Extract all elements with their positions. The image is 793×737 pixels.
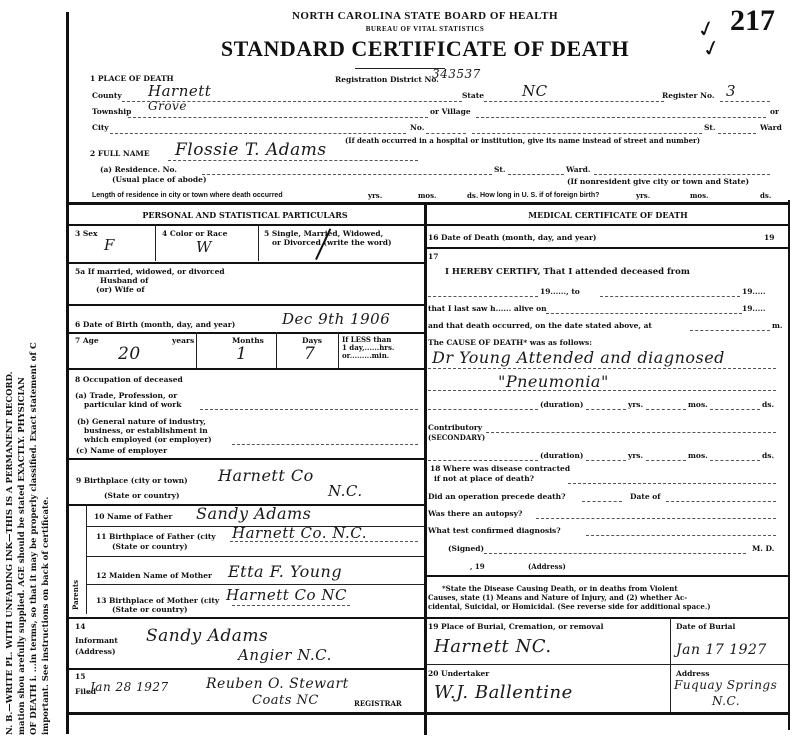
foreign-ds: ds. (760, 192, 771, 200)
informant-label: Informant (75, 637, 118, 646)
residence-ward-label: Ward. (566, 166, 590, 175)
signed-date-19: , 19 (470, 563, 485, 571)
city-label: City (92, 124, 109, 133)
st-label: St. (704, 124, 716, 133)
length-yrs: yrs. (368, 192, 382, 200)
no-label: No. (410, 124, 424, 133)
marital-label-2: or Divorced (write the word) (272, 239, 392, 248)
attended-from-19: 19......, to (540, 288, 580, 297)
father-label: 10 Name of Father (94, 513, 172, 522)
mother-birthplace-sub: (State or country) (112, 606, 188, 615)
autopsy-label: Was there an autopsy? (428, 510, 522, 519)
burial-place-value[interactable]: Harnett NC. (434, 636, 552, 657)
attended-to-19: 19..... (742, 288, 766, 297)
footnote-line-3: cidental, Suicidal, or Homicidal. (See r… (428, 603, 711, 611)
column-divider (424, 205, 427, 735)
age-years-value[interactable]: 20 (118, 344, 141, 364)
age-months-value[interactable]: 1 (236, 344, 247, 364)
residence-st-label: St. (494, 166, 506, 175)
duration-ds: ds. (762, 401, 774, 410)
ward-label: Ward (760, 124, 782, 133)
hospital-note: (If death occurred in a hospital or inst… (345, 137, 700, 145)
death-occurred-m: m. (772, 322, 783, 331)
registrar-place[interactable]: Coats NC (252, 693, 319, 708)
undertaker-address-value-2[interactable]: N.C. (712, 694, 740, 708)
sex-value[interactable]: F (104, 236, 115, 254)
township-label: Township (92, 108, 131, 117)
date-of-death-19: 19 (764, 234, 774, 243)
birthplace-value-1[interactable]: Harnett Co (218, 466, 314, 485)
foreign-mos: mos. (690, 192, 708, 200)
footnote-line-2: Causes, state (1) Means and Nature of In… (428, 594, 687, 602)
foreign-yrs: yrs. (636, 192, 650, 200)
undertaker-value[interactable]: W.J. Ballentine (434, 682, 573, 703)
contributory-sub: (SECONDARY) (428, 434, 485, 442)
page-number: 217 (730, 4, 775, 38)
occupation-label: 8 Occupation of deceased (75, 376, 183, 385)
check-marks-icon: ✓✓ (695, 18, 723, 61)
age-label: 7 Age (75, 337, 99, 346)
length-of-residence-label: Length of residence in city or town wher… (92, 192, 283, 200)
county-value[interactable]: Harnett (148, 82, 211, 100)
occupation-c: (c) Name of employer (76, 447, 167, 456)
informant-sub: (Address) (75, 648, 116, 657)
registrar-value[interactable]: Reuben O. Stewart (206, 676, 349, 692)
side-note-line4: important. See instructions on back of c… (42, 497, 52, 735)
duration2-label: (duration) (540, 452, 583, 461)
age-days-value[interactable]: 7 (304, 344, 315, 364)
last-saw-19: 19..... (742, 305, 766, 314)
medical-heading: MEDICAL CERTIFICATE OF DEATH (428, 211, 788, 220)
contributory-label: Contributory (428, 424, 482, 433)
undertaker-address-value-1[interactable]: Fuquay Springs (674, 678, 777, 692)
length-ds: ds. (467, 192, 478, 200)
occupation-a-2: particular kind of work (84, 401, 181, 410)
spouse-label-1: 5a If married, widowed, or divorced (75, 268, 225, 277)
burial-date-label: Date of Burial (676, 623, 735, 632)
or-label: or (770, 108, 779, 117)
full-name-value[interactable]: Flossie T. Adams (175, 140, 327, 160)
township-value[interactable]: Grove (148, 99, 187, 113)
birthplace-sub: (State or country) (104, 492, 180, 501)
father-birthplace-label: 11 Birthplace of Father (city (96, 533, 216, 542)
village-label: or Village (430, 108, 471, 117)
signed-label: (Signed) (448, 545, 484, 554)
cause-of-death-value-1[interactable]: Dr Young Attended and diagnosed (432, 348, 725, 367)
residence-label: (a) Residence. No. (100, 166, 177, 175)
registration-value[interactable]: 343537 (432, 67, 481, 81)
state-value[interactable]: NC (522, 82, 548, 100)
duration2-yrs: yrs. (628, 452, 643, 461)
operation-date-label: Date of (630, 493, 660, 502)
cause-of-death-value-2[interactable]: "Pneumonia" (498, 372, 609, 391)
father-birthplace-value[interactable]: Harnett Co. N.C. (232, 524, 367, 542)
right-border (788, 200, 790, 730)
registration-label: Registration District No. (335, 76, 439, 85)
parents-side-label: Parents (72, 580, 80, 610)
color-label: 4 Color or Race (162, 230, 227, 239)
register-value[interactable]: 3 (726, 82, 736, 100)
nonresident-note: (If nonresident give city or town and St… (567, 178, 749, 187)
mother-label: 12 Maiden Name of Mother (96, 572, 212, 581)
county-label: County (92, 92, 122, 101)
filed-date-value[interactable]: Jan 28 1927 (90, 680, 169, 694)
spouse-label-3: (or) Wife of (96, 286, 145, 295)
side-note-line1: N. B.—WRITE PL. WITH UNFADING INK—THIS I… (6, 371, 16, 735)
informant-address[interactable]: Angier N.C. (238, 646, 332, 664)
death-occurred-label: and that death occurred, on the date sta… (428, 322, 652, 331)
burial-place-label: 19 Place of Burial, Cremation, or remova… (428, 623, 603, 632)
years-label: years (172, 337, 194, 346)
occupation-b-3: which employed (or employer) (84, 436, 212, 445)
registrar-label: REGISTRAR (354, 700, 402, 708)
bureau-title: BUREAU OF VITAL STATISTICS (200, 25, 650, 33)
operation-label: Did an operation precede death? (428, 493, 565, 502)
sex-label: 3 Sex (75, 230, 98, 239)
length-mos: mos. (418, 192, 436, 200)
undertaker-label: 20 Undertaker (428, 670, 489, 679)
where-contracted-label-1: 18 Where was disease contracted (430, 465, 570, 474)
filed-number: 15 (75, 673, 85, 682)
father-birthplace-sub: (State or country) (112, 543, 188, 552)
date-of-death-label: 16 Date of Death (month, day, and year) (428, 234, 596, 243)
duration-yrs: yrs. (628, 401, 643, 410)
section-divider (66, 202, 790, 205)
where-contracted-label-2: if not at place of death? (434, 475, 534, 484)
duration2-mos: mos. (688, 452, 708, 461)
informant-value[interactable]: Sandy Adams (146, 626, 268, 646)
duration2-ds: ds. (762, 452, 774, 461)
mother-birthplace-value[interactable]: Harnett Co NC (226, 586, 347, 604)
last-saw-label: that I last saw h...... alive on (428, 305, 547, 314)
state-label: State (462, 92, 484, 101)
certify-statement: I HEREBY CERTIFY, That I attended deceas… (445, 268, 690, 278)
mother-value[interactable]: Etta F. Young (228, 562, 342, 581)
duration-mos: mos. (688, 401, 708, 410)
side-note-line3: OF DEATH i. ...in terms, so that it may … (30, 342, 40, 735)
color-value[interactable]: W (196, 238, 212, 256)
left-border (66, 12, 69, 734)
informant-number: 14 (75, 623, 85, 632)
birthplace-value-2[interactable]: N.C. (328, 482, 363, 500)
md-label: M. D. (752, 545, 774, 554)
full-name-label: 2 FULL NAME (90, 150, 150, 159)
test-confirmed-label: What test confirmed diagnosis? (428, 527, 561, 536)
less-than-label-3: or.........min. (342, 352, 389, 360)
dob-value[interactable]: Dec 9th 1906 (282, 310, 390, 328)
agency-title: NORTH CAROLINA STATE BOARD OF HEALTH (200, 10, 650, 22)
foreign-birth-label: How long in U. S. if of foreign birth? (480, 192, 599, 200)
father-value[interactable]: Sandy Adams (196, 504, 311, 523)
page-title: STANDARD CERTIFICATE OF DEATH (200, 36, 650, 62)
bottom-border (66, 712, 788, 715)
cause-of-death-label: The CAUSE OF DEATH* was as follows: (428, 339, 592, 348)
duration-label: (duration) (540, 401, 583, 410)
residence-sub: (Usual place of abode) (112, 176, 207, 185)
burial-date-value[interactable]: Jan 17 1927 (676, 642, 767, 658)
personal-heading: PERSONAL AND STATISTICAL PARTICULARS (70, 211, 420, 220)
footnote-line-1: *State the Disease Causing Death, or in … (442, 585, 678, 593)
signed-address-label: (Address) (528, 563, 566, 571)
side-note-line2: mation shou arefully supplied. AGE shoul… (18, 377, 28, 735)
register-label: Register No. (662, 92, 714, 101)
dob-label: 6 Date of Birth (month, day, and year) (75, 321, 235, 330)
birthplace-label: 9 Birthplace (city or town) (76, 477, 188, 486)
item-17: 17 (428, 253, 438, 262)
